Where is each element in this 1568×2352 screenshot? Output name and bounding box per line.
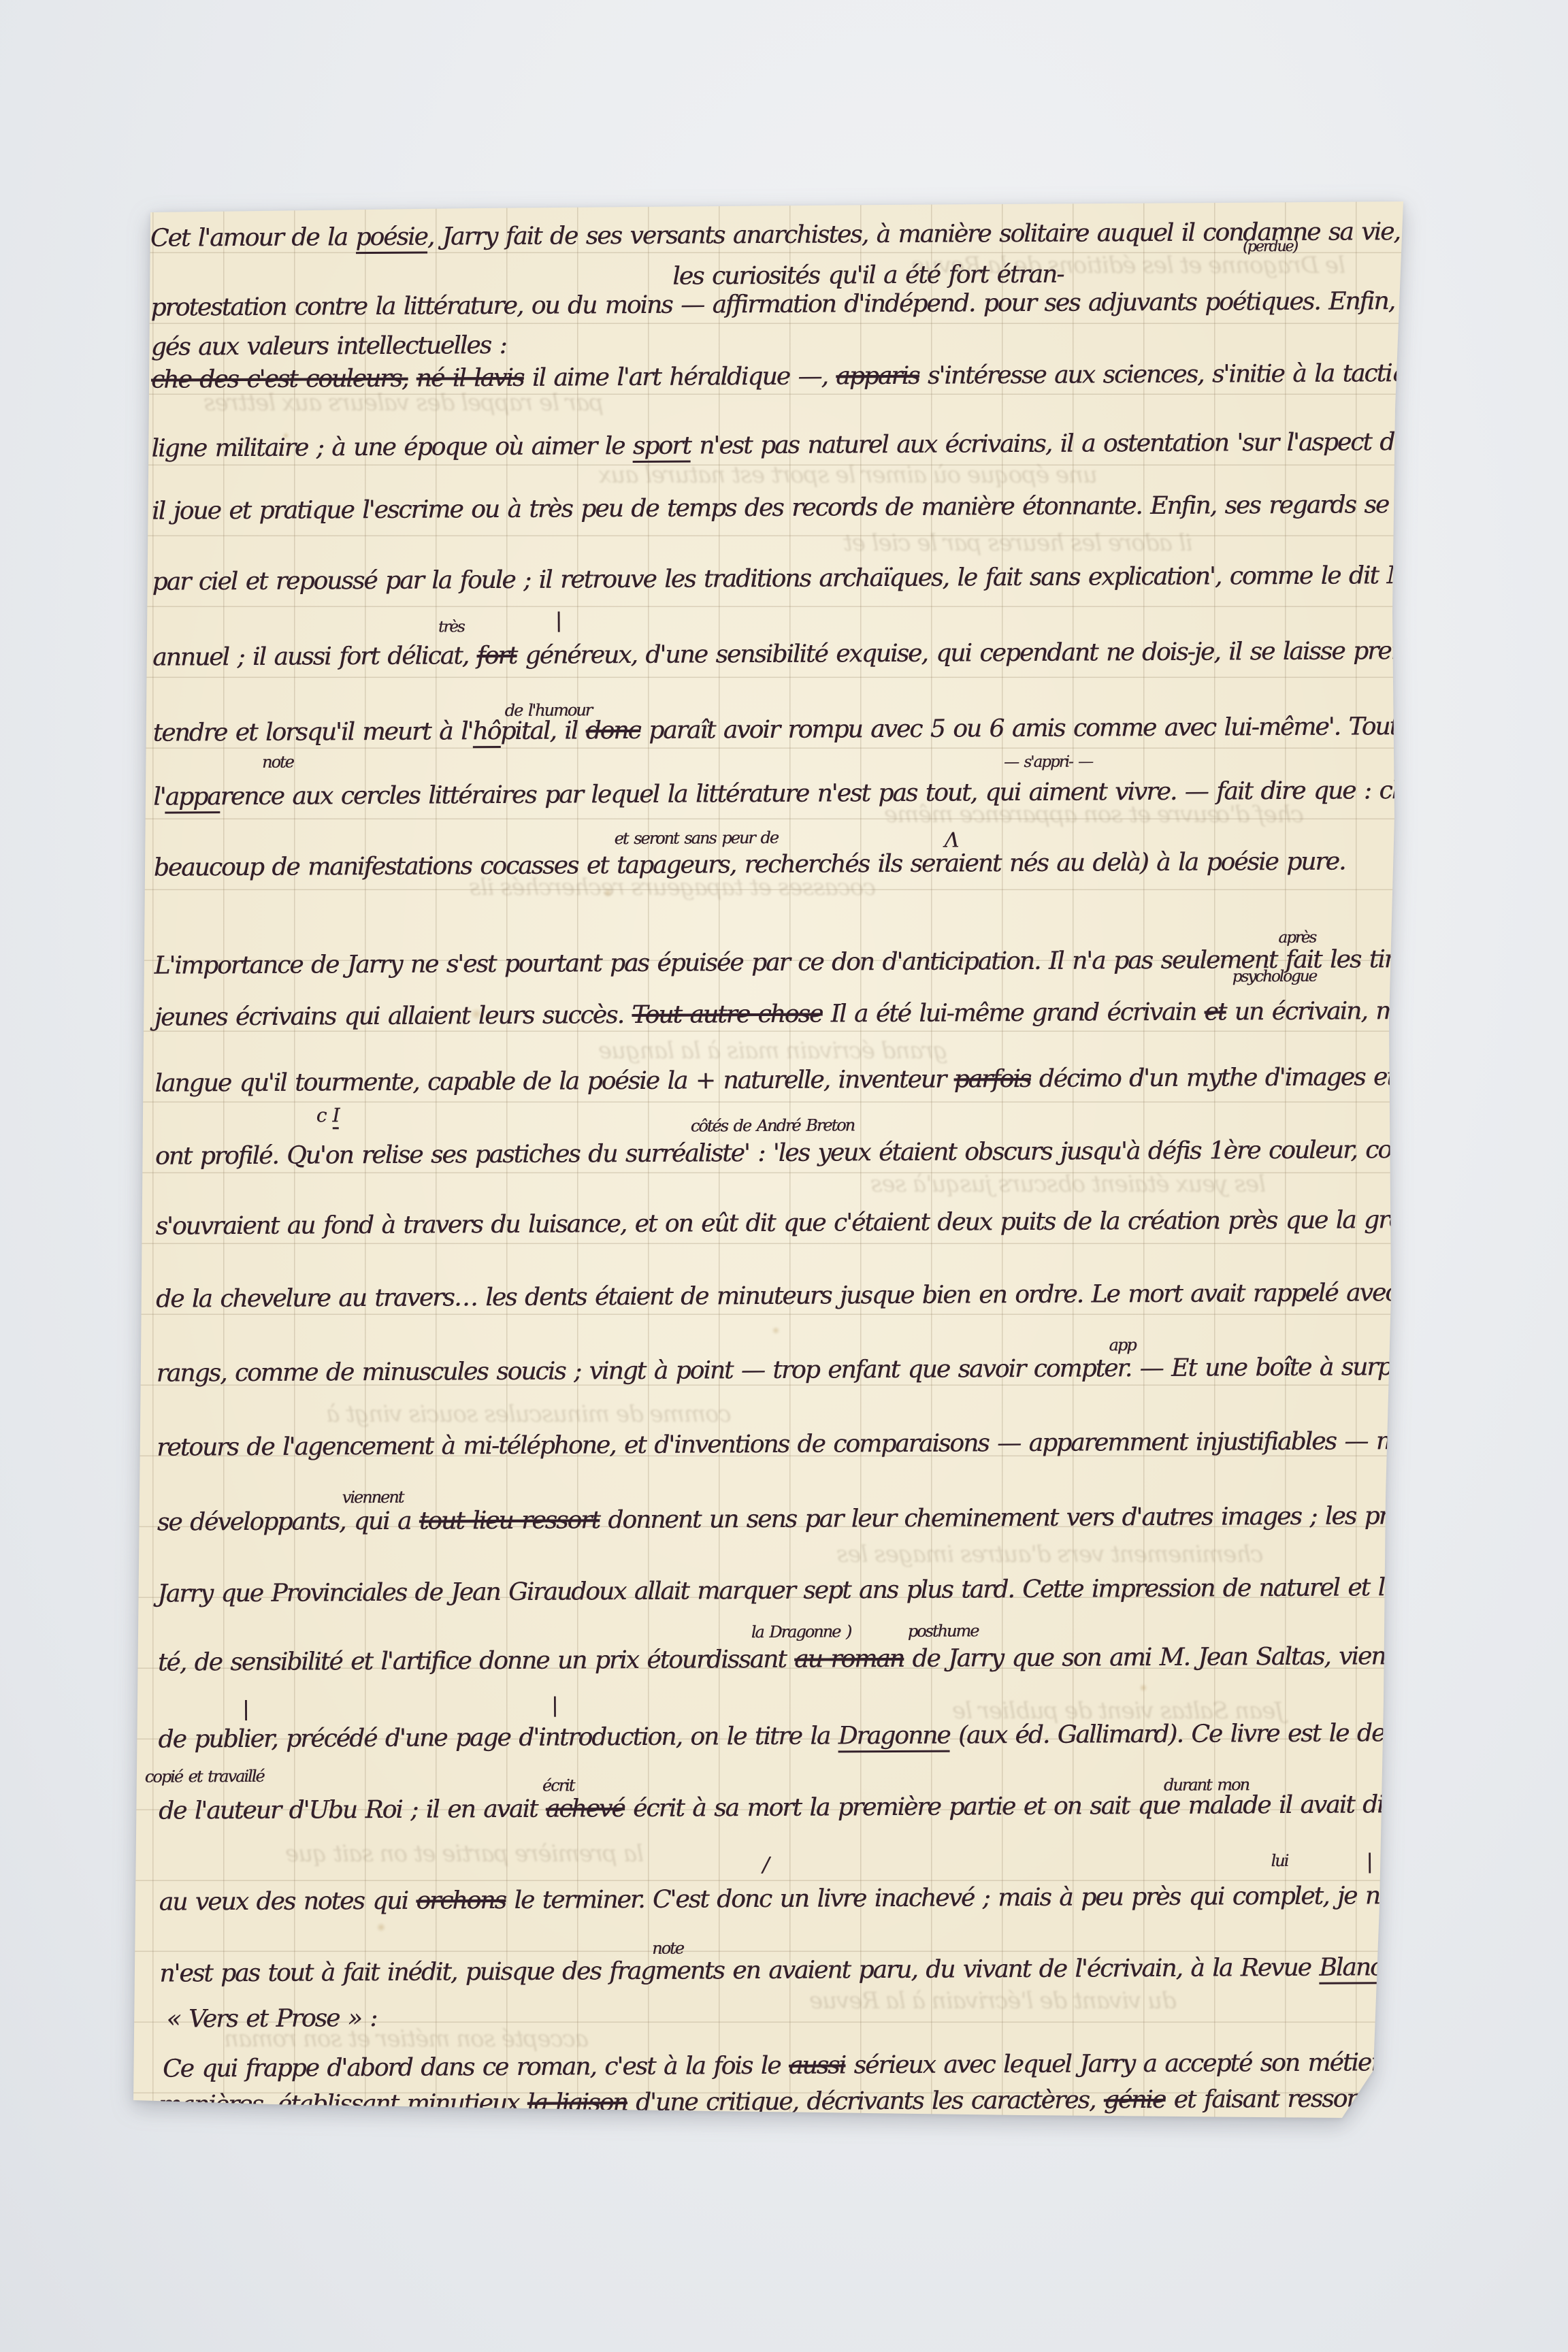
underlined-text: sport: [633, 432, 691, 463]
manuscript-page-wrapper: le Dragonne et les éditions de la Revuep…: [0, 0, 1568, 2352]
insertion-note: note: [262, 753, 293, 772]
text-segment: donnent un sens par leur cheminement ver…: [600, 1501, 1568, 1535]
text-segment: retours de l'agencement à mi-téléphone, …: [157, 1426, 1568, 1462]
text-segment: de Jarry que son ami M. Jean Saltas, vie…: [904, 1643, 1394, 1673]
text-segment: langue qu'il tourmente, capable de la po…: [154, 1066, 953, 1098]
text-segment: au veux des notes qui: [159, 1887, 416, 1916]
insertion-note: et seront sans peur de: [614, 828, 778, 848]
insertion-note: très: [438, 618, 464, 636]
manuscript-line: jeunes écrivains qui allaient leurs succ…: [154, 997, 1478, 1032]
text-segment: écrit: [542, 1776, 574, 1795]
text-segment: écrit à sa mort la première partie et on…: [624, 1791, 1439, 1823]
insertion-mark: |: [242, 1697, 248, 1721]
text-segment: côtés de André Breton: [691, 1116, 854, 1136]
text-segment: |: [1366, 1850, 1371, 1874]
text-segment: n'est pas naturel aux écrivains, il a os…: [691, 427, 1568, 460]
manuscript-line: langue qu'il tourmente, capable de la po…: [154, 1063, 1524, 1098]
struck-text: apparis: [836, 362, 919, 391]
insertion-note: copié et travaillé: [145, 1767, 264, 1786]
text-segment: [408, 365, 416, 393]
insertion-note: viennent: [342, 1488, 404, 1507]
struck-text: perdre: [1472, 945, 1548, 973]
struck-text: che des c'est couleurs,: [151, 365, 408, 394]
insertion-note: lui: [1271, 1851, 1288, 1870]
text-segment: généreux, d'une sensibilité exquise, qui…: [517, 636, 1568, 670]
text-segment: Cet l'amour de la: [150, 224, 356, 253]
text-segment: /: [762, 1853, 768, 1877]
text-segment: s'intéresse aux sciences, s'initie à la …: [919, 359, 1568, 390]
insertion-mark: |: [1366, 1850, 1371, 1874]
insertion-note: la Dragonne ): [751, 1622, 851, 1642]
manuscript-line: l'apparence aux cercles littéraires par …: [153, 776, 1568, 811]
manuscript-line: retours de l'agencement à mi-téléphone, …: [157, 1426, 1568, 1462]
text-segment: |: [555, 609, 561, 633]
struck-text: orchons: [416, 1886, 506, 1915]
text-segment: copié et travaillé: [145, 1767, 264, 1786]
text-segment: par ciel et repoussé par la foule ; il r…: [152, 561, 1478, 596]
underlined-text: hô: [472, 717, 500, 748]
text-segment: « Vers et Prose » :: [167, 2004, 377, 2033]
text-segment: pital, il: [500, 717, 586, 746]
text-segment: Il a été lui-même grand écrivain: [822, 998, 1204, 1028]
manuscript-line: ligne militaire ; à une époque où aimer …: [151, 427, 1568, 463]
text-segment: Λ: [944, 829, 958, 853]
manuscript-line: tendre et lorsqu'il meurt à l'hôpital, i…: [153, 712, 1552, 747]
struck-text: heureux: [1460, 712, 1552, 740]
text-segment: rangs, comme de minuscules soucis ; ving…: [157, 1353, 1505, 1388]
insertion-note: psychologue: [1232, 968, 1317, 986]
text-segment: ″: [1284, 191, 1288, 208]
text-segment: Ce qui frappe d'abord dans ce roman, c'e…: [163, 2052, 789, 2083]
text-segment: , Jarry fait de ses versants anarchistes…: [427, 218, 1512, 251]
text-segment: s'ouvraient au fond à travers du luisanc…: [155, 1205, 1568, 1241]
text-segment: de: [1548, 945, 1568, 973]
insertion-note: c I: [316, 1104, 339, 1126]
insertion-mark: |: [555, 609, 561, 633]
manuscript-line: annuel ; il aussi fort délicat, fort gén…: [152, 636, 1568, 672]
manuscript-line: de l'auteur d'Ubu Roi ; il en avait ache…: [159, 1791, 1439, 1825]
text-segment: manières, établissant minutieux: [159, 2089, 527, 2119]
text-segment: se développants, qui a: [157, 1507, 419, 1537]
text-segment: — s'appri- —: [1004, 753, 1092, 772]
manuscript-line: manières, établissant minutieux la liais…: [159, 2085, 1382, 2119]
underlined-text: Blanche: [1319, 1954, 1410, 1985]
text-segment: la Dragonne ): [751, 1622, 851, 1642]
manuscript-line: beaucoup de manifestations cocasses et t…: [154, 848, 1345, 882]
underlined-text: Dragonne: [838, 1722, 950, 1753]
text-segment: viennent: [342, 1488, 404, 1507]
manuscript-line: protestation contre la littérature, ou d…: [150, 287, 1568, 322]
manuscript-line: ont profilé. Qu'on relise ses pastiches …: [155, 1135, 1568, 1171]
struck-text: parfois: [953, 1065, 1030, 1094]
text-segment: très: [438, 618, 464, 636]
text-segment: il aime l'art héraldique —,: [523, 363, 836, 392]
text-segment: lui: [1271, 1851, 1288, 1870]
text-segment: annuel ; il aussi fort délicat,: [152, 642, 477, 672]
insertion-note: (perdue): [1243, 238, 1297, 255]
struck-text: et: [1204, 998, 1226, 1026]
struck-text: génie: [1104, 2086, 1166, 2114]
manuscript-line: au veux des notes qui orchons le termine…: [159, 1882, 1473, 1916]
manuscript-line: il joue et pratique l'escrime ou à très …: [152, 490, 1568, 525]
text-segment: tendre et lorsqu'il meurt à l': [153, 718, 473, 747]
text-segment: protestation contre la littérature, ou d…: [150, 287, 1568, 322]
text-segment: l': [153, 783, 165, 811]
struck-text: Tout autre chose: [632, 1000, 822, 1029]
text-segment: de la chevelure au travers… les dents ét…: [156, 1279, 1522, 1314]
struck-text: aussi: [789, 2052, 845, 2080]
text-segment: note: [652, 1939, 683, 1958]
text-segment: de l'auteur d'Ubu Roi ; il en avait: [159, 1795, 546, 1825]
manuscript-line: L'importance de Jarry ne s'est pourtant …: [154, 945, 1568, 980]
text-segment: ligne militaire ; à une époque où aimer …: [151, 432, 633, 463]
text-segment: et seront sans peur de: [614, 828, 778, 848]
manuscript-line: che des c'est couleurs, né il lavis il a…: [151, 359, 1568, 394]
struck-text: tout lieu ressort: [419, 1507, 600, 1535]
text-segment: de publier, précédé d'une page d'introdu…: [158, 1722, 838, 1754]
text-segment: un écrivain, mais à la: [1226, 997, 1478, 1026]
insertion-mark: Λ: [944, 829, 958, 853]
manuscript-line: par ciel et repoussé par la foule ; il r…: [152, 561, 1478, 596]
insertion-note: app: [1109, 1335, 1135, 1354]
underlined-text: appa: [165, 783, 220, 814]
text-segment: té, de sensibilité et l'artifice donne u…: [158, 1646, 795, 1677]
insertion-note: — s'appri- —: [1004, 753, 1092, 772]
insertion-note: écrit: [542, 1776, 574, 1795]
manuscript-line: « Vers et Prose » :: [167, 2004, 377, 2033]
struck-text: au roman: [794, 1645, 904, 1673]
manuscript-line: de publier, précédé d'une page d'introdu…: [158, 1719, 1539, 1754]
manuscript-line: s'ouvraient au fond à travers du luisanc…: [155, 1205, 1568, 1241]
text-segment: beaucoup de manifestations cocasses et t…: [154, 848, 1345, 882]
text-segment: (perdue): [1243, 238, 1297, 255]
struck-text: né il lavis: [416, 364, 524, 393]
insertion-note: côtés de André Breton: [691, 1116, 854, 1136]
text-segment: sérieux avec lequel Jarry a accepté son …: [845, 2048, 1458, 2080]
text-segment: et faisant ressortir: [1165, 2085, 1382, 2114]
manuscript-line: té, de sensibilité et l'artifice donne u…: [158, 1643, 1394, 1678]
text-segment: Jarry que Provinciales de Jean Giraudoux…: [157, 1573, 1497, 1608]
text-segment: et: [1410, 1953, 1440, 1981]
text-segment: décimo d'un mythe d'images et ses heures: [1030, 1063, 1524, 1094]
manuscript-line: n'est pas tout à fait inédit, puisque de…: [159, 1953, 1440, 1988]
handwriting-layer: Cet l'amour de la poésie, Jarry fait de …: [0, 0, 1568, 2352]
manuscript-line: Jarry que Provinciales de Jean Giraudoux…: [157, 1573, 1497, 1608]
insertion-note: ″: [1284, 191, 1288, 208]
manuscript-line: gés aux valeurs intellectuelles :: [151, 331, 506, 361]
text-segment: posthume: [908, 1622, 979, 1641]
manuscript-line: rangs, comme de minuscules soucis ; ving…: [157, 1353, 1505, 1388]
manuscript-line: Ce qui frappe d'abord dans ce roman, c'e…: [163, 2048, 1459, 2083]
text-segment: c: [316, 1104, 333, 1126]
text-segment: n'est pas tout à fait inédit, puisque de…: [159, 1954, 1319, 1988]
text-segment: jeunes écrivains qui allaient leurs succ…: [154, 1001, 632, 1032]
text-segment: les curiosités qu'il a été fort étran-: [672, 261, 1063, 291]
text-segment: ont profilé. Qu'on relise ses pastiches …: [155, 1135, 1568, 1171]
text-segment: |: [551, 1694, 557, 1718]
insertion-mark: |: [551, 1694, 557, 1718]
struck-text: achevé: [546, 1795, 625, 1824]
text-segment: |: [242, 1697, 248, 1721]
text-segment: psychologue: [1232, 968, 1317, 986]
struck-text: fort: [476, 642, 517, 670]
text-segment: (aux éd. Gallimard). Ce livre est le der…: [950, 1719, 1539, 1750]
insertion-note: après: [1278, 929, 1316, 947]
text-segment: après: [1278, 929, 1316, 947]
text-segment: le terminer. C'est donc un livre inachev…: [506, 1882, 1473, 1914]
manuscript-page: le Dragonne et les éditions de la Revuep…: [0, 0, 1568, 2352]
struck-text: la liaison: [527, 2089, 627, 2118]
text-segment: paraît avoir rompu avec 5 ou 6 amis comm…: [640, 713, 1460, 745]
text-segment: il joue et pratique l'escrime ou à très …: [152, 490, 1568, 525]
manuscript-line: les curiosités qu'il a été fort étran-: [672, 261, 1063, 291]
text-segment: app: [1109, 1335, 1135, 1354]
manuscript-line: Cet l'amour de la poésie, Jarry fait de …: [150, 218, 1512, 252]
underlined-text: I: [332, 1104, 338, 1129]
insertion-mark: /: [762, 1853, 768, 1877]
struck-text: donc: [586, 717, 640, 745]
insertion-note: note: [652, 1939, 683, 1958]
text-segment: rence aux cercles littéraires par lequel…: [220, 776, 1568, 811]
text-segment: gés aux valeurs intellectuelles :: [151, 331, 506, 361]
underlined-text: poésie: [355, 223, 427, 255]
manuscript-line: de la chevelure au travers… les dents ét…: [156, 1279, 1522, 1314]
text-segment: d'une critique, décrivants les caractère…: [627, 2087, 1103, 2117]
insertion-note: posthume: [908, 1622, 979, 1641]
text-segment: note: [262, 753, 293, 772]
